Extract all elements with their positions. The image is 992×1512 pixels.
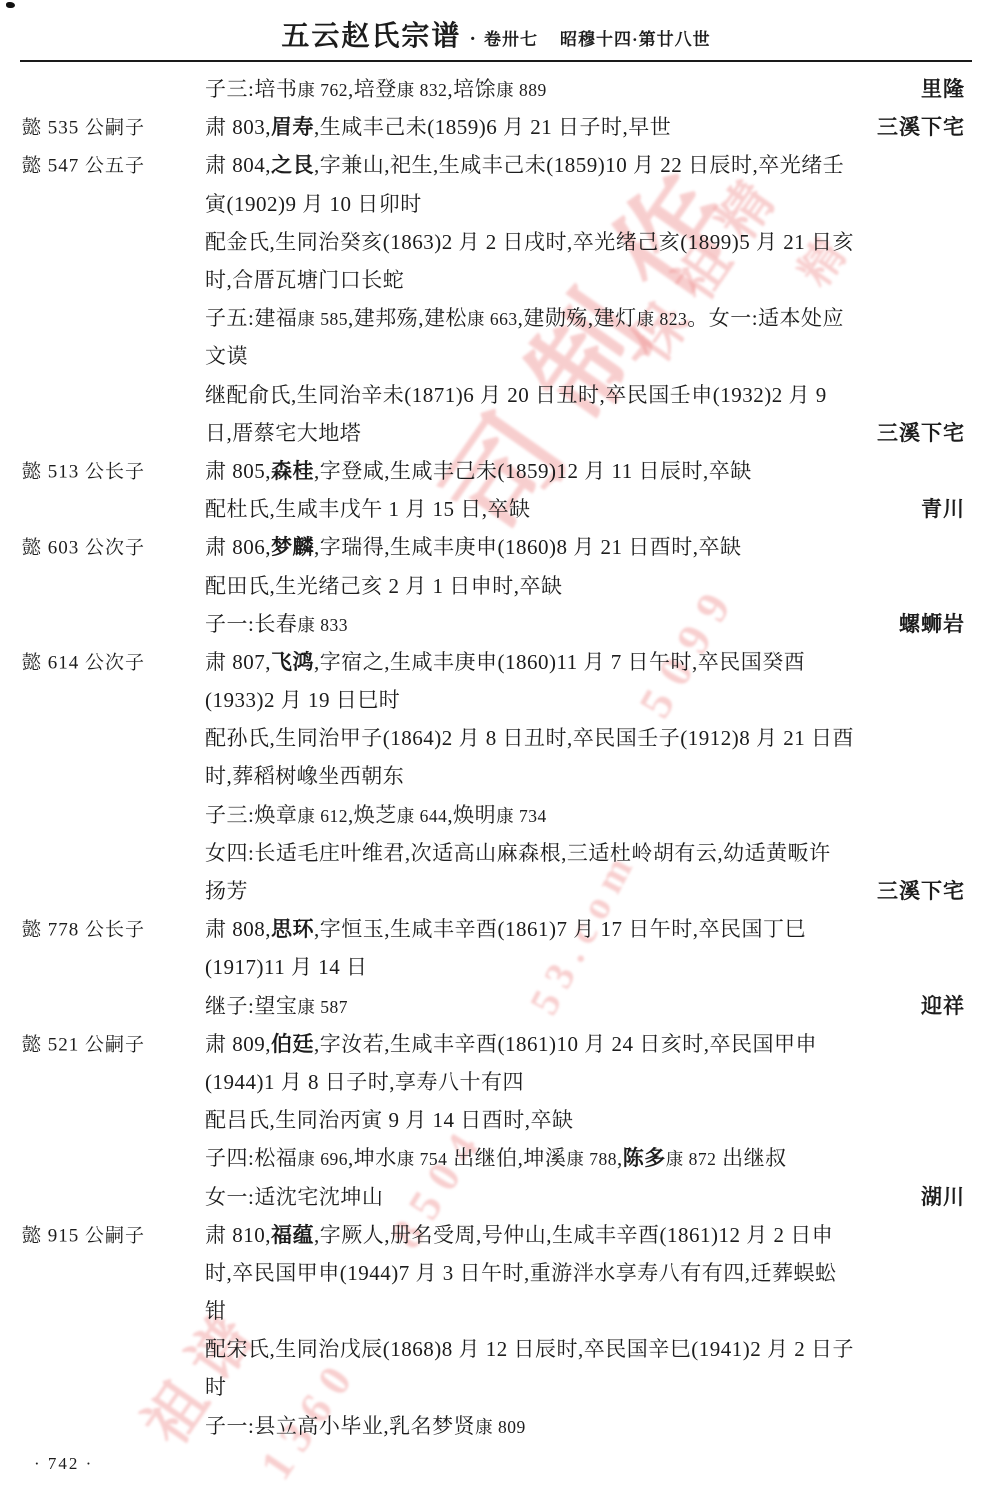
text-run: 坤水 xyxy=(354,1146,397,1170)
text-run: (1944)1 月 8 日子时,享寿八十有四 xyxy=(205,1070,524,1094)
text-run: 。女一:适本处应 xyxy=(687,306,844,330)
genealogy-line: 子五:建福康 585,建邦殇,建松康 663,建勋殇,建灯康 823。女一:适本… xyxy=(0,298,992,336)
page-number: · 742 · xyxy=(34,1454,93,1474)
line-text: 配杜氏,生咸丰戊午 1 月 15 日,卒缺 xyxy=(205,493,531,523)
text-run: 子一:长春 xyxy=(205,612,297,636)
text-run: 焕章 xyxy=(254,803,297,827)
generation-father-label: 懿 513 公长子 xyxy=(22,456,145,483)
page-header: 五云赵氏宗谱·卷卅七昭穆十四·第廿八世 xyxy=(0,14,992,54)
kang-number: 康 585 xyxy=(297,309,348,329)
text-run: 肃 804, xyxy=(205,153,271,177)
person-name: 眉寿 xyxy=(271,115,314,139)
line-text: 时 xyxy=(205,1371,227,1401)
text-run: 配杜氏,生咸丰戊午 1 月 15 日,卒缺 xyxy=(205,497,531,521)
genealogy-line: 时 xyxy=(0,1367,992,1405)
text-run: 培登 xyxy=(354,77,397,101)
line-text: 时,合厝瓦塘门口长蛇 xyxy=(205,264,404,294)
kang-number: 康 587 xyxy=(297,997,348,1017)
kang-number: 康 663 xyxy=(467,309,518,329)
person-name: 森桂 xyxy=(271,459,314,483)
kang-number: 康 644 xyxy=(397,806,448,826)
text-run: 配吕氏,生同治丙寅 9 月 14 日酉时,卒缺 xyxy=(205,1108,574,1132)
genealogy-line: 女四:长适毛庄叶维君,次适高山麻森根,三适杜岭胡有云,幼适黄畈许 xyxy=(0,833,992,871)
line-text: 扬芳 xyxy=(205,875,248,905)
generation-father-label: 懿 778 公长子 xyxy=(22,915,145,942)
genealogy-line: 扬芳 三溪下宅 xyxy=(0,871,992,909)
kang-number: 康 696 xyxy=(297,1149,348,1169)
genealogy-line: (1933)2 月 19 日巳时 xyxy=(0,680,992,718)
kang-number: 康 809 xyxy=(475,1417,526,1437)
person-name: 之艮 xyxy=(271,153,314,177)
genealogy-line: 时,卒民国甲申(1944)7 月 3 日午时,重游泮水享寿八有有四,迁葬蜈蚣 xyxy=(0,1253,992,1291)
generation-father-label: 懿 535 公嗣子 xyxy=(22,113,145,140)
text-run: 肃 809, xyxy=(205,1032,271,1056)
text-run: 女一:适沈宅沈坤山 xyxy=(205,1185,383,1209)
text-run: ,字登咸,生咸丰己未(1859)12 月 11 日辰时,卒缺 xyxy=(314,459,752,483)
text-run: 时,葬稻树嶑坐西朝东 xyxy=(205,764,404,788)
text-run: (1917)11 月 14 日 xyxy=(205,955,367,979)
text-run: 坤溪 xyxy=(523,1146,566,1170)
genealogy-line: 子一:长春康 833 螺蛳岩 xyxy=(0,604,992,642)
text-run: ,字恒玉,生咸丰辛酉(1861)7 月 17 日午时,卒民国丁巳 xyxy=(314,917,806,941)
line-text: 子一:长春康 833 xyxy=(205,608,348,638)
genealogy-line: 子三:培书康 762,培登康 832,培馀康 889 里隆 xyxy=(0,69,992,107)
residence-label: 湖川 xyxy=(921,1181,965,1211)
genealogy-line: 配田氏,生光绪己亥 2 月 1 日申时,卒缺 xyxy=(0,565,992,603)
person-name: 飞鸿 xyxy=(271,650,314,674)
line-text: 配孙氏,生同治甲子(1864)2 月 8 日丑时,卒民国壬子(1912)8 月 … xyxy=(205,722,854,752)
generation-father-label: 懿 614 公次子 xyxy=(22,647,145,674)
residence-label: 里隆 xyxy=(921,73,965,103)
genealogy-line: 钳 xyxy=(0,1291,992,1329)
text-run: ,字兼山,祀生,生咸丰己未(1859)10 月 22 日辰时,卒光绪壬 xyxy=(314,153,844,177)
text-run: 肃 807, xyxy=(205,650,271,674)
text-run: 子三: xyxy=(205,77,254,101)
genealogy-line: 懿 603 公次子 肃 806,梦麟,字瑞得,生咸丰庚申(1860)8 月 21… xyxy=(0,527,992,565)
genealogy-line: 配杜氏,生咸丰戊午 1 月 15 日,卒缺 青川 xyxy=(0,489,992,527)
text-run: 出继伯, xyxy=(447,1146,523,1170)
person-name: 福蕴 xyxy=(271,1223,314,1247)
line-text: 女四:长适毛庄叶维君,次适高山麻森根,三适杜岭胡有云,幼适黄畈许 xyxy=(205,837,831,867)
title-separator-dot: · xyxy=(469,28,476,50)
text-run: 寅(1902)9 月 10 日卯时 xyxy=(205,192,422,216)
kang-number: 康 734 xyxy=(496,806,547,826)
genealogy-line: 子一:县立高小毕业,乳名梦贤康 809 xyxy=(0,1406,992,1444)
kang-number: 康 832 xyxy=(397,80,448,100)
line-text: 女一:适沈宅沈坤山 xyxy=(205,1181,383,1211)
genealogy-line: 配宋氏,生同治戊辰(1868)8 月 12 日辰时,卒民国辛巳(1941)2 月… xyxy=(0,1329,992,1367)
person-name: 伯廷 xyxy=(271,1032,314,1056)
residence-label: 青川 xyxy=(921,493,965,523)
text-run: 肃 803, xyxy=(205,115,271,139)
genealogy-line: 懿 513 公长子 肃 805,森桂,字登咸,生咸丰己未(1859)12 月 1… xyxy=(0,451,992,489)
ink-mark xyxy=(6,2,15,8)
text-run: 子一:县立高小毕业,乳名梦贤 xyxy=(205,1414,475,1438)
volume-label: 卷卅七 xyxy=(484,30,538,49)
line-text: (1944)1 月 8 日子时,享寿八十有四 xyxy=(205,1066,524,1096)
genealogy-line: 寅(1902)9 月 10 日卯时 xyxy=(0,184,992,222)
text-run: 子四: xyxy=(205,1146,254,1170)
line-text: 肃 808,思环,字恒玉,生咸丰辛酉(1861)7 月 17 日午时,卒民国丁巳 xyxy=(205,913,806,943)
line-text: 继子:望宝康 587 xyxy=(205,990,348,1020)
text-run: 出继叔 xyxy=(716,1146,786,1170)
genealogy-line: 继子:望宝康 587 迎祥 xyxy=(0,986,992,1024)
body-lines: 子三:培书康 762,培登康 832,培馀康 889 里隆 懿 535 公嗣子 … xyxy=(0,69,992,1444)
genealogy-line: 懿 614 公次子 肃 807,飞鸿,字宿之,生咸丰庚申(1860)11 月 7… xyxy=(0,642,992,680)
text-run: 焕芝 xyxy=(354,803,397,827)
line-text: 继配俞氏,生同治辛未(1871)6 月 20 日丑时,卒民国壬申(1932)2 … xyxy=(205,379,827,409)
residence-label: 螺蛳岩 xyxy=(899,608,965,638)
kang-number: 康 872 xyxy=(666,1149,717,1169)
generation-father-label: 懿 915 公嗣子 xyxy=(22,1220,145,1247)
text-run: 继配俞氏,生同治辛未(1871)6 月 20 日丑时,卒民国壬申(1932)2 … xyxy=(205,383,827,407)
text-run: 肃 806, xyxy=(205,535,271,559)
text-run: 培馀 xyxy=(453,77,496,101)
text-run: 配孙氏,生同治甲子(1864)2 月 8 日丑时,卒民国壬子(1912)8 月 … xyxy=(205,726,854,750)
text-run: ,字瑞得,生咸丰庚申(1860)8 月 21 日酉时,卒缺 xyxy=(314,535,742,559)
text-run: ,字厥人,册名受周,号仲山,生咸丰辛酉(1861)12 月 2 日申 xyxy=(314,1223,833,1247)
line-text: 肃 806,梦麟,字瑞得,生咸丰庚申(1860)8 月 21 日酉时,卒缺 xyxy=(205,531,742,561)
text-run: 焕明 xyxy=(453,803,496,827)
generation-father-label: 懿 547 公五子 xyxy=(22,151,145,178)
line-text: 肃 810,福蕴,字厥人,册名受周,号仲山,生咸丰辛酉(1861)12 月 2 … xyxy=(205,1219,833,1249)
person-name: 梦麟 xyxy=(271,535,314,559)
line-text: (1933)2 月 19 日巳时 xyxy=(205,684,400,714)
kang-number: 康 889 xyxy=(496,80,547,100)
line-text: 配金氏,生同治癸亥(1863)2 月 2 日戌时,卒光绪己亥(1899)5 月 … xyxy=(205,226,854,256)
text-run: 培书 xyxy=(254,77,297,101)
text-run: 时 xyxy=(205,1375,227,1399)
kang-number: 康 823 xyxy=(637,309,688,329)
line-text: 配田氏,生光绪己亥 2 月 1 日申时,卒缺 xyxy=(205,570,563,600)
text-run: 肃 810, xyxy=(205,1223,271,1247)
line-text: 肃 807,飞鸿,字宿之,生咸丰庚申(1860)11 月 7 日午时,卒民国癸酉 xyxy=(205,646,805,676)
line-text: (1917)11 月 14 日 xyxy=(205,951,367,981)
line-text: 子三:焕章康 612,焕芝康 644,焕明康 734 xyxy=(205,799,547,829)
line-text: 肃 805,森桂,字登咸,生咸丰己未(1859)12 月 11 日辰时,卒缺 xyxy=(205,455,752,485)
text-run: 配金氏,生同治癸亥(1863)2 月 2 日戌时,卒光绪己亥(1899)5 月 … xyxy=(205,230,854,254)
text-run: ,建邦殇, xyxy=(348,306,424,330)
genealogy-line: 懿 535 公嗣子 肃 803,眉寿,生咸丰己未(1859)6 月 21 日子时… xyxy=(0,107,992,145)
genealogy-line: 懿 521 公嗣子 肃 809,伯廷,字汝若,生咸丰辛酉(1861)10 月 2… xyxy=(0,1024,992,1062)
header-rule xyxy=(20,60,972,62)
line-text: 配吕氏,生同治丙寅 9 月 14 日酉时,卒缺 xyxy=(205,1104,574,1134)
residence-label: 迎祥 xyxy=(921,990,965,1020)
text-run: ,建勋殇, xyxy=(518,306,594,330)
line-text: 子一:县立高小毕业,乳名梦贤康 809 xyxy=(205,1410,526,1440)
person-name: 陈多 xyxy=(623,1146,666,1170)
text-run: 肃 805, xyxy=(205,459,271,483)
genealogy-line: 日,厝蔡宅大地塔 三溪下宅 xyxy=(0,413,992,451)
text-run: 继子:望宝 xyxy=(205,994,297,1018)
text-run: 配宋氏,生同治戊辰(1868)8 月 12 日辰时,卒民国辛巳(1941)2 月… xyxy=(205,1337,854,1361)
line-text: 时,卒民国甲申(1944)7 月 3 日午时,重游泮水享寿八有有四,迁葬蜈蚣 xyxy=(205,1257,836,1287)
person-name: 思环 xyxy=(271,917,314,941)
text-run: 肃 808, xyxy=(205,917,271,941)
text-run: 时,合厝瓦塘门口长蛇 xyxy=(205,268,404,292)
line-text: 配宋氏,生同治戊辰(1868)8 月 12 日辰时,卒民国辛巳(1941)2 月… xyxy=(205,1333,854,1363)
line-text: 子三:培书康 762,培登康 832,培馀康 889 xyxy=(205,73,547,103)
text-run: 文谟 xyxy=(205,344,248,368)
genealogy-line: 继配俞氏,生同治辛未(1871)6 月 20 日丑时,卒民国壬申(1932)2 … xyxy=(0,375,992,413)
genealogy-line: 文谟 xyxy=(0,336,992,374)
genealogy-line: 配吕氏,生同治丙寅 9 月 14 日酉时,卒缺 xyxy=(0,1100,992,1138)
genealogy-line: 子三:焕章康 612,焕芝康 644,焕明康 734 xyxy=(0,795,992,833)
line-text: 钳 xyxy=(205,1295,227,1325)
line-text: 文谟 xyxy=(205,340,248,370)
text-run: 时,卒民国甲申(1944)7 月 3 日午时,重游泮水享寿八有有四,迁葬蜈蚣 xyxy=(205,1261,836,1285)
kang-number: 康 754 xyxy=(397,1149,448,1169)
kang-number: 康 612 xyxy=(297,806,348,826)
kang-number: 康 762 xyxy=(297,80,348,100)
line-text: 子四:松福康 696,坤水康 754 出继伯,坤溪康 788,陈多康 872 出… xyxy=(205,1142,787,1172)
genealogy-line: 懿 915 公嗣子 肃 810,福蕴,字厥人,册名受周,号仲山,生咸丰辛酉(18… xyxy=(0,1215,992,1253)
text-run: ,字汝若,生咸丰辛酉(1861)10 月 24 日亥时,卒民国甲申 xyxy=(314,1032,817,1056)
generation-father-label: 懿 603 公次子 xyxy=(22,533,145,560)
text-run: 配田氏,生光绪己亥 2 月 1 日申时,卒缺 xyxy=(205,574,563,598)
genealogy-line: 时,葬稻树嶑坐西朝东 xyxy=(0,756,992,794)
generation-section-label: 昭穆十四·第廿八世 xyxy=(560,30,711,49)
genealogy-line: 子四:松福康 696,坤水康 754 出继伯,坤溪康 788,陈多康 872 出… xyxy=(0,1138,992,1176)
text-run: 子五: xyxy=(205,306,254,330)
line-text: 肃 809,伯廷,字汝若,生咸丰辛酉(1861)10 月 24 日亥时,卒民国甲… xyxy=(205,1028,817,1058)
generation-father-label: 懿 521 公嗣子 xyxy=(22,1029,145,1056)
genealogy-line: 配孙氏,生同治甲子(1864)2 月 8 日丑时,卒民国壬子(1912)8 月 … xyxy=(0,718,992,756)
residence-label: 三溪下宅 xyxy=(877,875,965,905)
genealogy-line: 时,合厝瓦塘门口长蛇 xyxy=(0,260,992,298)
line-text: 肃 803,眉寿,生咸丰己未(1859)6 月 21 日子时,早世 xyxy=(205,111,671,141)
line-text: 子五:建福康 585,建邦殇,建松康 663,建勋殇,建灯康 823。女一:适本… xyxy=(205,302,844,332)
genealogy-line: (1917)11 月 14 日 xyxy=(0,947,992,985)
text-run: 建福 xyxy=(254,306,297,330)
text-run: 女四:长适毛庄叶维君,次适高山麻森根,三适杜岭胡有云,幼适黄畈许 xyxy=(205,841,831,865)
text-run: ,字宿之,生咸丰庚申(1860)11 月 7 日午时,卒民国癸酉 xyxy=(314,650,805,674)
text-run: 建灯 xyxy=(594,306,637,330)
text-run: 子三: xyxy=(205,803,254,827)
residence-label: 三溪下宅 xyxy=(877,111,965,141)
text-run: 日,厝蔡宅大地塔 xyxy=(205,421,361,445)
residence-label: 三溪下宅 xyxy=(877,417,965,447)
genealogy-page: 五云赵氏宗谱·卷卅七昭穆十四·第廿八世 司制作保祖精509953.com8504… xyxy=(0,0,992,1512)
line-text: 日,厝蔡宅大地塔 xyxy=(205,417,361,447)
line-text: 时,葬稻树嶑坐西朝东 xyxy=(205,760,404,790)
kang-number: 康 833 xyxy=(297,615,348,635)
genealogy-line: (1944)1 月 8 日子时,享寿八十有四 xyxy=(0,1062,992,1100)
genealogy-line: 懿 547 公五子 肃 804,之艮,字兼山,祀生,生咸丰己未(1859)10 … xyxy=(0,145,992,183)
text-run: 钳 xyxy=(205,1299,227,1323)
text-run: 松福 xyxy=(254,1146,297,1170)
line-text: 寅(1902)9 月 10 日卯时 xyxy=(205,188,422,218)
genealogy-line: 女一:适沈宅沈坤山 湖川 xyxy=(0,1176,992,1214)
kang-number: 康 788 xyxy=(566,1149,617,1169)
text-run: 建松 xyxy=(424,306,467,330)
genealogy-line: 懿 778 公长子 肃 808,思环,字恒玉,生咸丰辛酉(1861)7 月 17… xyxy=(0,909,992,947)
line-text: 肃 804,之艮,字兼山,祀生,生咸丰己未(1859)10 月 22 日辰时,卒… xyxy=(205,149,844,179)
book-title: 五云赵氏宗谱 xyxy=(281,21,461,52)
text-run: 扬芳 xyxy=(205,879,248,903)
genealogy-line: 配金氏,生同治癸亥(1863)2 月 2 日戌时,卒光绪己亥(1899)5 月 … xyxy=(0,222,992,260)
text-run: ,生咸丰己未(1859)6 月 21 日子时,早世 xyxy=(314,115,671,139)
text-run: (1933)2 月 19 日巳时 xyxy=(205,688,400,712)
